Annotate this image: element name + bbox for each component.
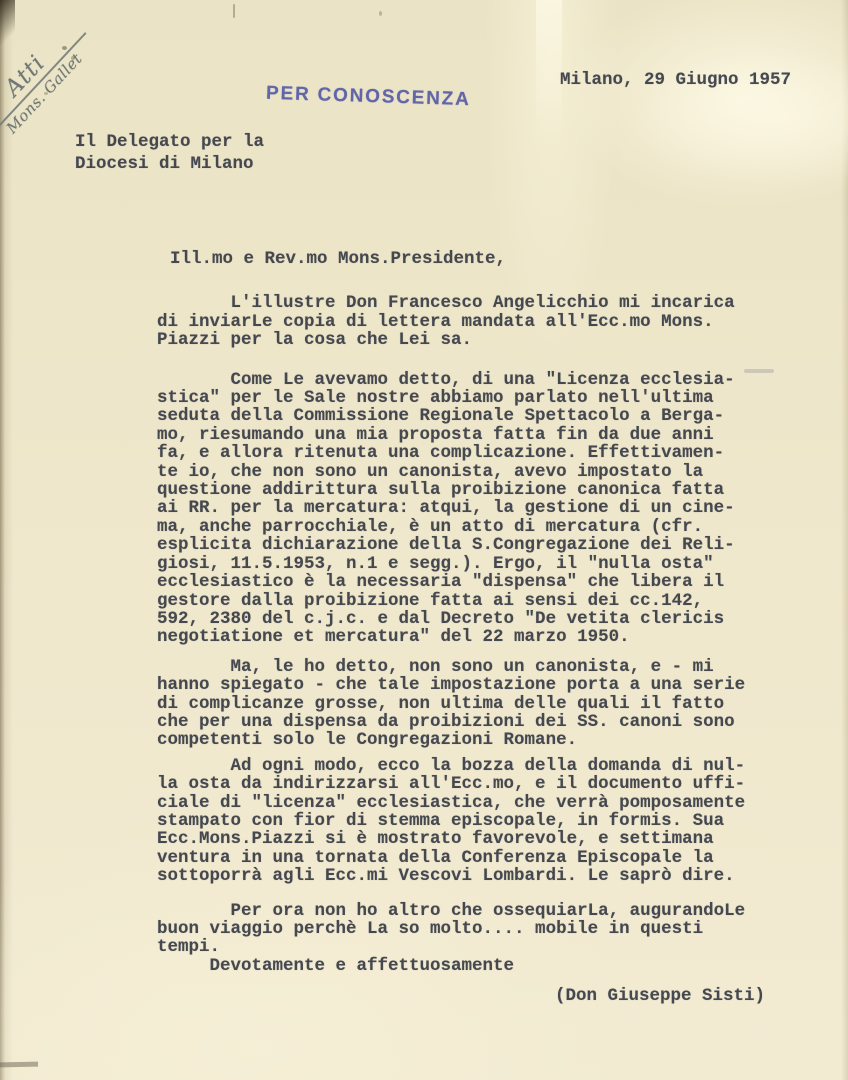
letter-body: Ill.mo e Rev.mo Mons.Presidente, L'illus… (157, 250, 745, 975)
per-conoscenza-stamp: PER CONOSCENZA (266, 83, 471, 111)
paragraph: Ad ogni modo, ecco la bozza della domand… (157, 757, 745, 886)
salutation: Ill.mo e Rev.mo Mons.Presidente, (170, 250, 745, 268)
pencil-dash-mark (744, 369, 774, 373)
paragraph: Ma, le ho detto, non sono un canonista, … (157, 658, 745, 750)
scan-edge-shadow-bottom (0, 1062, 38, 1068)
ink-speck (379, 11, 382, 16)
scanned-letter-page: Atti Mons. Gallet PER CONOSCENZA Milano,… (0, 0, 848, 1080)
paper-fold-crease (536, 0, 562, 140)
ink-speck (233, 4, 235, 18)
paragraph: Come Le avevamo detto, di una "Licenza e… (157, 371, 745, 647)
sender-block: Il Delegato per la Diocesi di Milano (75, 132, 264, 175)
closing-line: Devotamente e affettuosamente (157, 957, 745, 975)
scan-edge-shadow (0, 0, 15, 48)
paragraph: L'illustre Don Francesco Angelicchio mi … (157, 294, 745, 349)
signature: (Don Giuseppe Sisti) (555, 986, 765, 1006)
paragraph: Per ora non ho altro che ossequiarLa, au… (157, 902, 745, 957)
letter-date: Milano, 29 Giugno 1957 (560, 70, 791, 90)
